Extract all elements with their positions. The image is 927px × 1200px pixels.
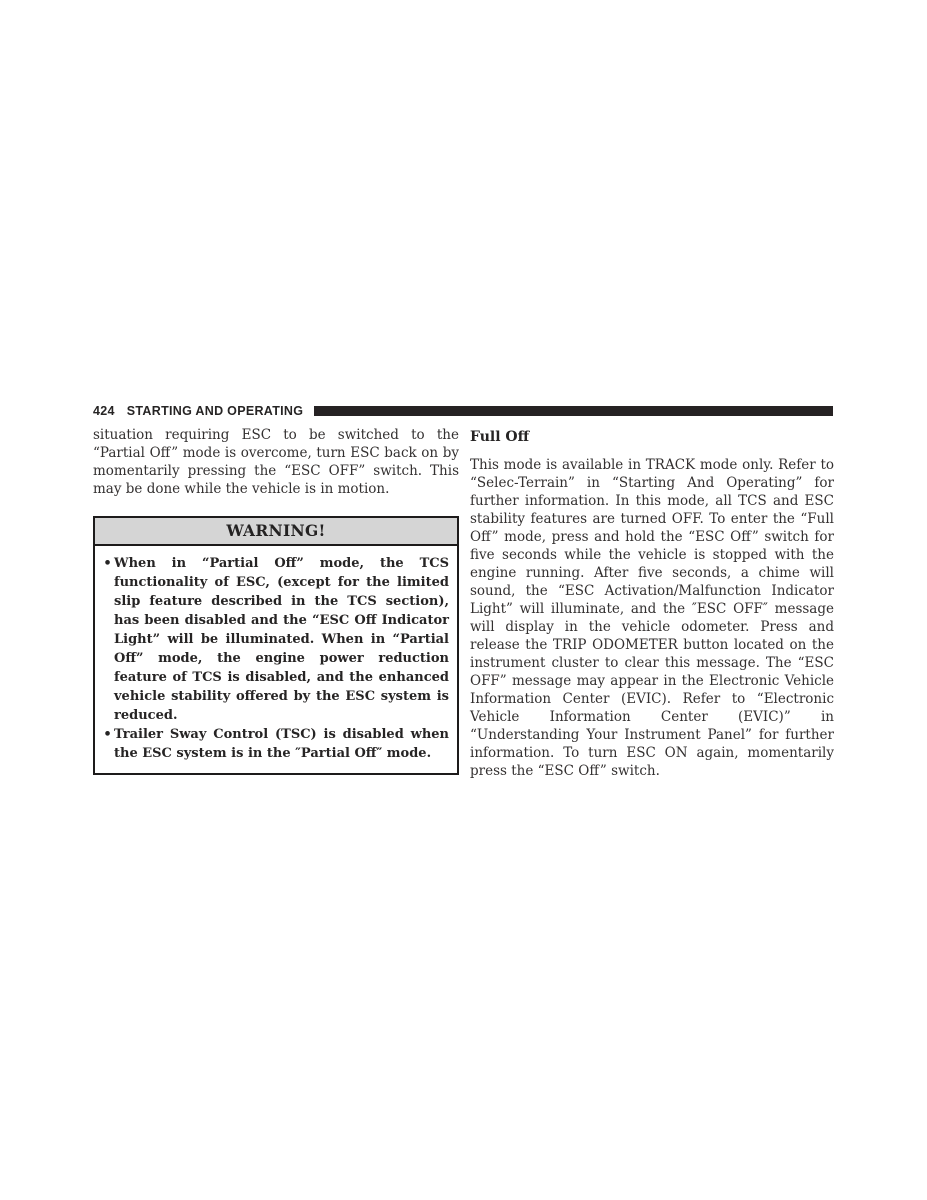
warning-bullet-text: When in “Partial Off” mode, the TCS func… [114, 554, 449, 725]
warning-bullet-item: • Trailer Sway Control (TSC) is disabled… [101, 725, 449, 763]
manual-page: 424 STARTING AND OPERATING situation req… [0, 0, 927, 1200]
left-column: situation requiring ESC to be switched t… [93, 426, 459, 775]
warning-bullet-text: Trailer Sway Control (TSC) is disabled w… [114, 725, 449, 763]
section-heading-full-off: Full Off [470, 429, 834, 445]
warning-bullet-item: • When in “Partial Off” mode, the TCS fu… [101, 554, 449, 725]
right-column: Full Off This mode is available in TRACK… [470, 427, 834, 780]
bullet-marker: • [101, 725, 114, 763]
warning-box: WARNING! • When in “Partial Off” mode, t… [93, 516, 459, 775]
warning-box-body: • When in “Partial Off” mode, the TCS fu… [95, 546, 457, 773]
running-header: 424 STARTING AND OPERATING [93, 404, 833, 418]
chapter-title: STARTING AND OPERATING [127, 404, 304, 418]
bullet-marker: • [101, 554, 114, 725]
left-paragraph: situation requiring ESC to be switched t… [93, 426, 459, 498]
page-number: 424 [93, 404, 115, 418]
header-rule-bar [314, 406, 833, 416]
right-paragraph: This mode is available in TRACK mode onl… [470, 456, 834, 780]
warning-box-title: WARNING! [95, 518, 457, 546]
